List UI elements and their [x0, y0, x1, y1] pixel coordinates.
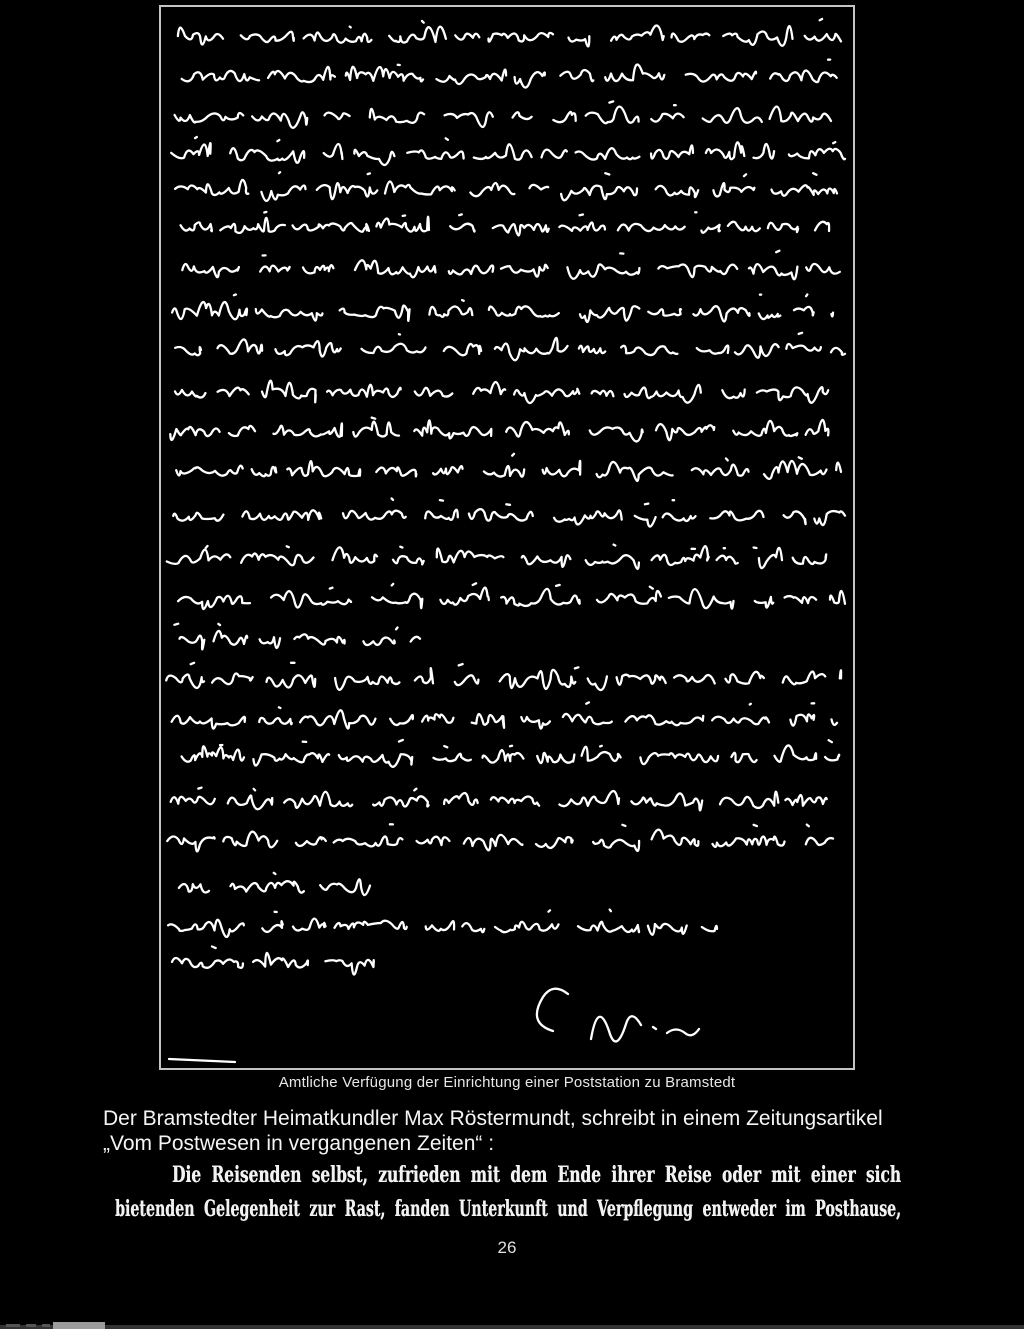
- scan-artifact-strip: [0, 1325, 1024, 1329]
- scan-artifact-dash: [6, 1324, 20, 1327]
- intro-line-2: „Vom Postwesen in vergangenen Zeiten“ :: [103, 1131, 933, 1156]
- intro-line-1: Der Bramstedter Heimatkundler Max Röster…: [103, 1106, 933, 1131]
- page-number: 26: [0, 1238, 1014, 1258]
- quote-line-2: bietenden Gelegenheit zur Rast, fanden U…: [115, 1192, 901, 1226]
- scanned-book-page: { "page": { "background_color": "#000000…: [0, 0, 1024, 1329]
- blackletter-quote: Die Reisenden selbst, zufrieden mit dem …: [115, 1158, 901, 1226]
- scan-artifact-dash: [26, 1324, 36, 1327]
- intro-paragraph: Der Bramstedter Heimatkundler Max Röster…: [103, 1106, 933, 1156]
- figure-caption: Amtliche Verfügung der Einrichtung einer…: [0, 1074, 1014, 1091]
- manuscript-frame: [159, 5, 855, 1070]
- manuscript-handwriting: [161, 7, 853, 1068]
- scan-artifact-highlight: [53, 1322, 105, 1329]
- quote-line-1: Die Reisenden selbst, zufrieden mit dem …: [115, 1158, 901, 1192]
- scan-artifact-dash: [42, 1324, 50, 1327]
